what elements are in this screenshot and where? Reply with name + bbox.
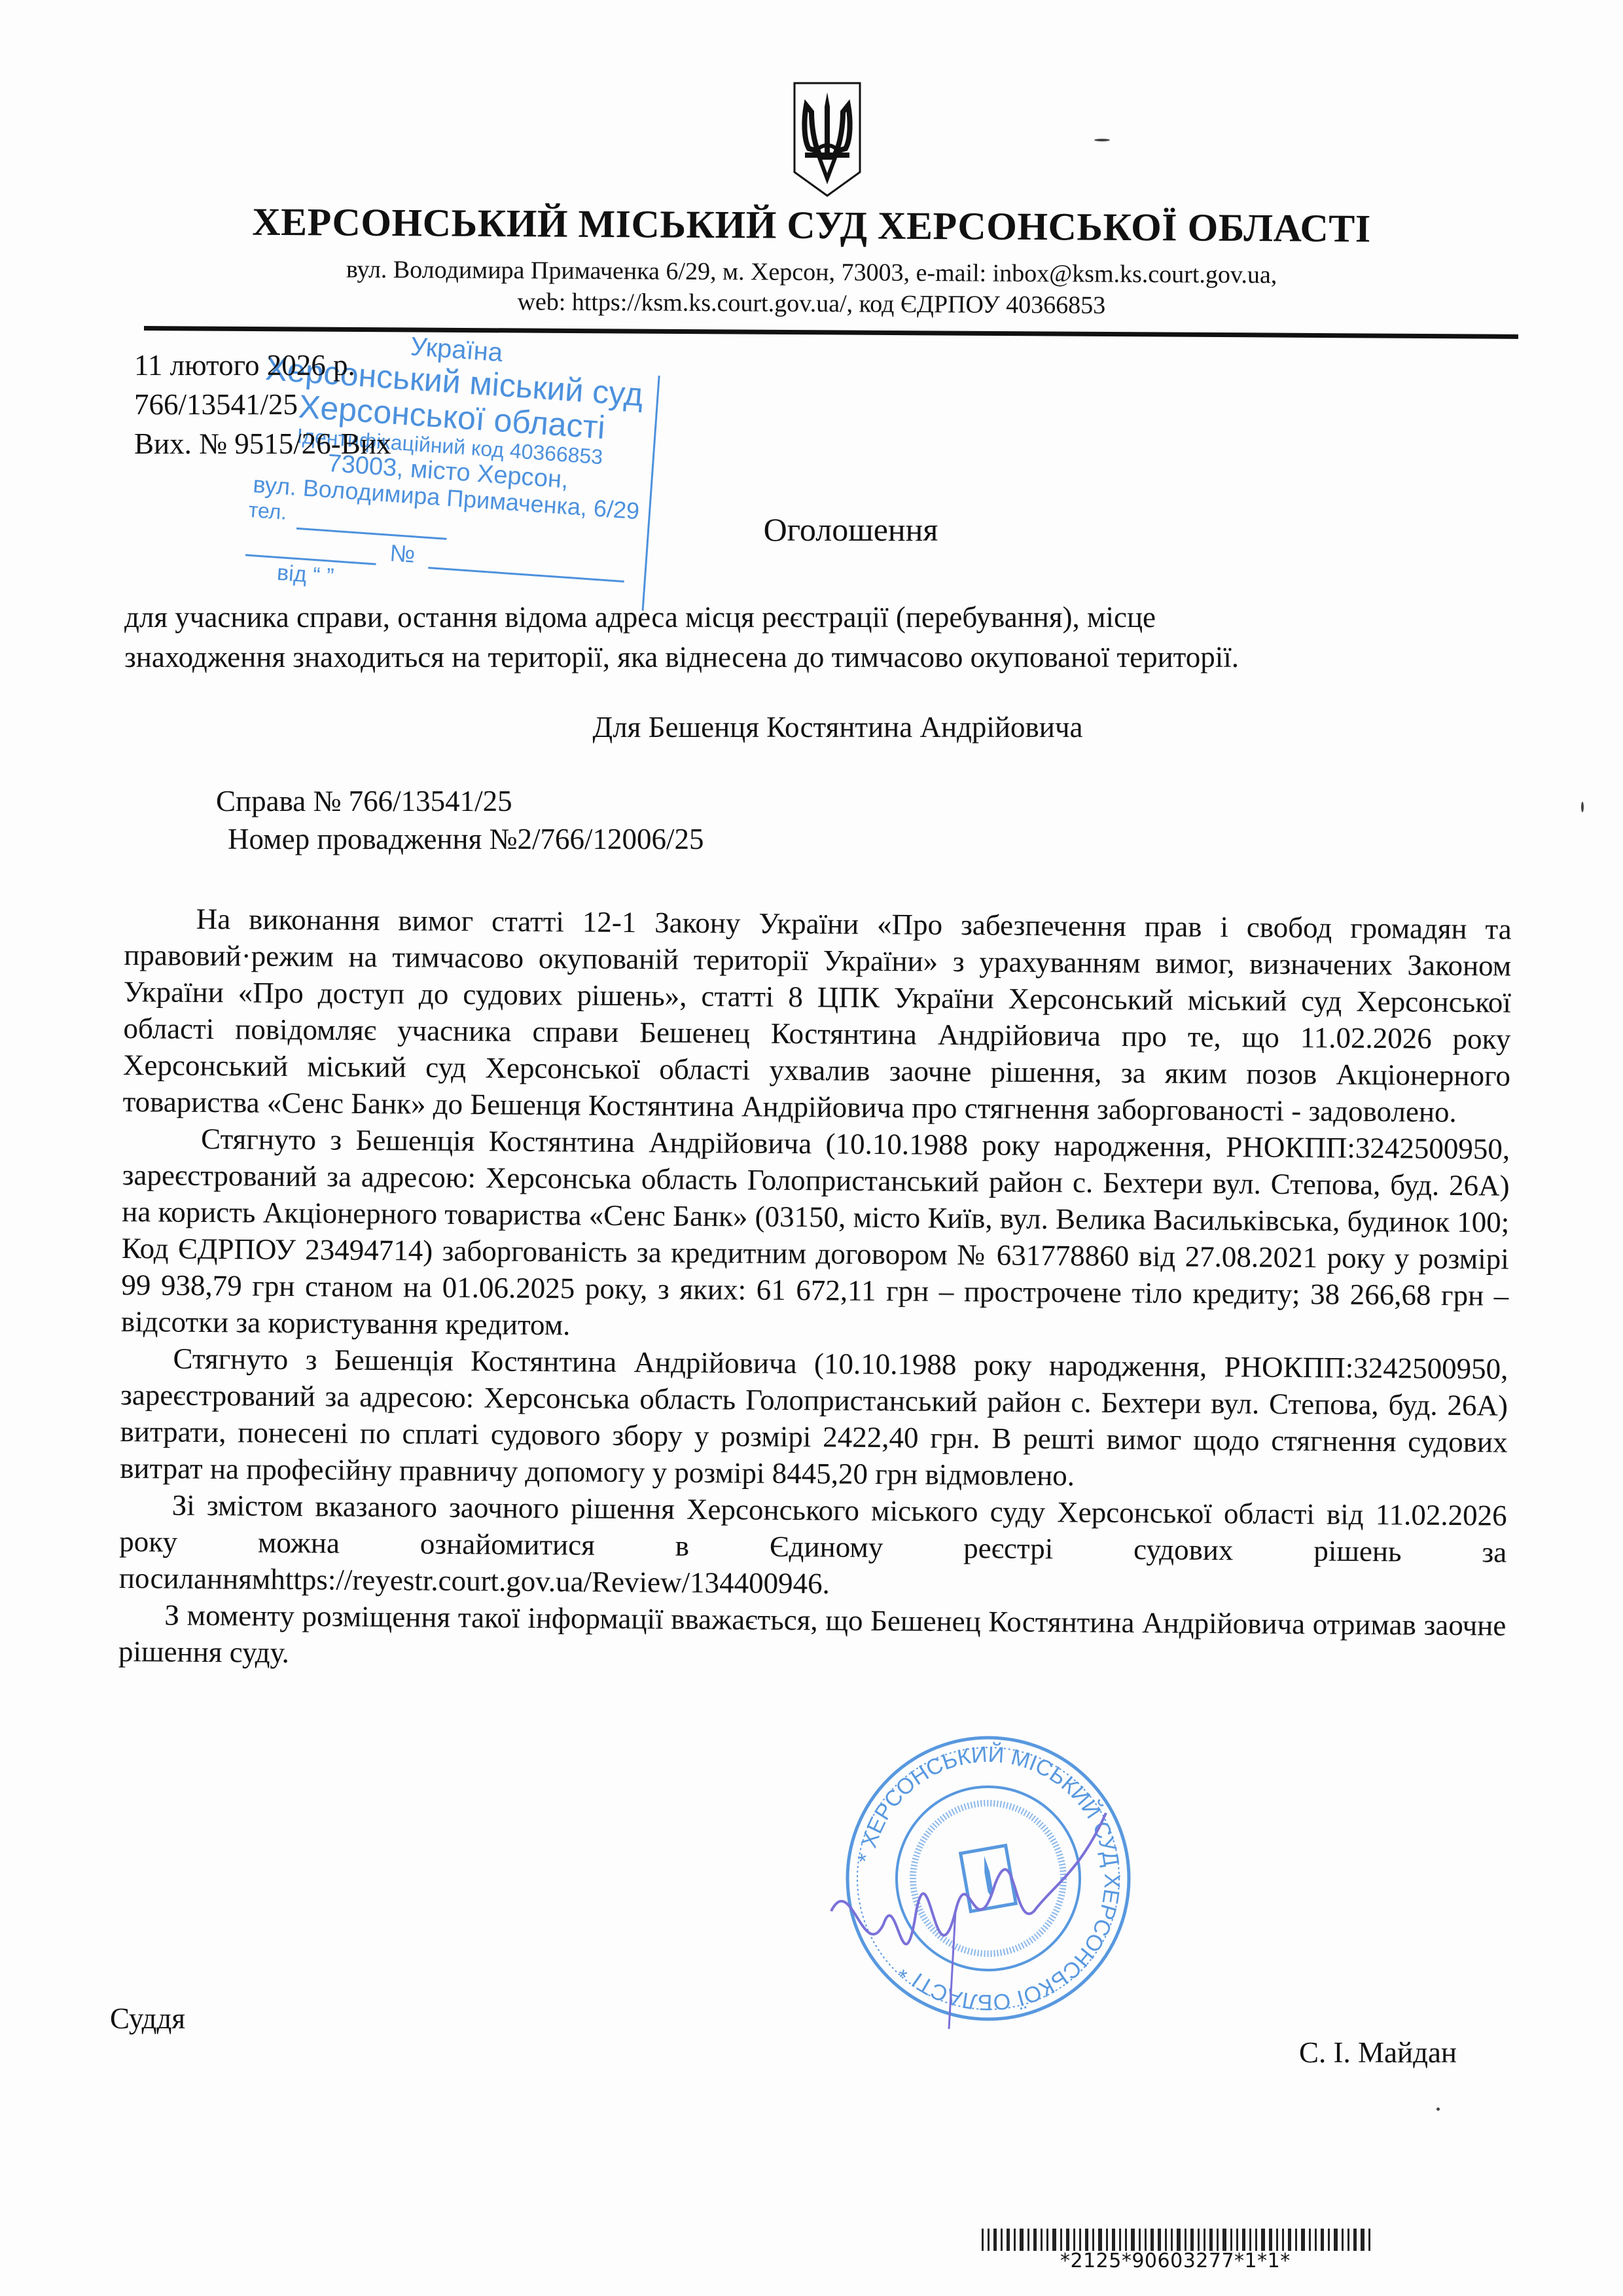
case-info: Справа № 766/13541/25 Номер провадження … <box>216 782 704 858</box>
paragraph-decision: На виконання вимог статті 12-1 Закону Ук… <box>122 900 1512 1131</box>
judge-name: С. І. Майдан <box>1299 2036 1457 2070</box>
court-name: ХЕРСОНСЬКИЙ МІСЬКИЙ СУД ХЕРСОНСЬКОЇ ОБЛА… <box>0 198 1623 253</box>
document-date: 11 лютого 2026 р. <box>134 346 391 385</box>
case-reference: 766/13541/25 <box>134 385 391 424</box>
paragraph-debt-recovery: Стягнуто з Бешенція Костянтина Андрійови… <box>121 1120 1510 1351</box>
addressee: Для Бешенця Костянтина Андрійовича <box>0 710 1623 744</box>
outgoing-number: Вих. № 9515/26-Вих <box>134 424 391 463</box>
proceeding-number: Номер провадження №2/766/12006/25 <box>216 820 704 858</box>
court-address: вул. Володимира Примаченка 6/29, м. Херс… <box>0 251 1623 324</box>
document-page: ХЕРСОНСЬКИЙ МІСЬКИЙ СУД ХЕРСОНСЬКОЇ ОБЛА… <box>0 0 1623 2296</box>
notice-body: На виконання вимог статті 12-1 Закону Ук… <box>118 900 1512 1681</box>
paragraph-court-fee: Стягнуто з Бешенція Костянтина Андрійови… <box>120 1340 1508 1498</box>
stamp-date-label: від “ ” <box>276 560 335 590</box>
barcode-number: *2125*90603277*1*1* <box>1060 2250 1291 2272</box>
scan-artifact <box>1436 2108 1440 2111</box>
case-number: Справа № 766/13541/25 <box>216 782 704 820</box>
paragraph-deemed-received: З моменту розміщення такої інформації вв… <box>118 1596 1507 1681</box>
paragraph-registry-link: Зі змістом вказаного заочного рішення Хе… <box>119 1486 1507 1607</box>
trident-emblem-icon <box>792 81 863 198</box>
stamp-rule <box>428 567 624 583</box>
court-seal-icon: * ХЕРСОНСЬКИЙ МІСЬКИЙ СУД ХЕРСОНСЬКОЇ ОБ… <box>805 1715 1171 2081</box>
document-barcode <box>982 2227 1492 2251</box>
lead-text: для учасника справи, остання відома адре… <box>124 598 1407 677</box>
lead-line-2: знаходження знаходиться на території, як… <box>124 637 1407 677</box>
outgoing-refs: 11 лютого 2026 р. 766/13541/25 Вих. № 95… <box>134 346 391 463</box>
signature-role: Суддя <box>110 2001 185 2036</box>
scan-artifact <box>1581 802 1584 812</box>
scan-artifact <box>1094 139 1110 141</box>
document-title: Оголошення <box>0 511 1623 548</box>
lead-line-1: для учасника справи, остання відома адре… <box>124 598 1407 637</box>
